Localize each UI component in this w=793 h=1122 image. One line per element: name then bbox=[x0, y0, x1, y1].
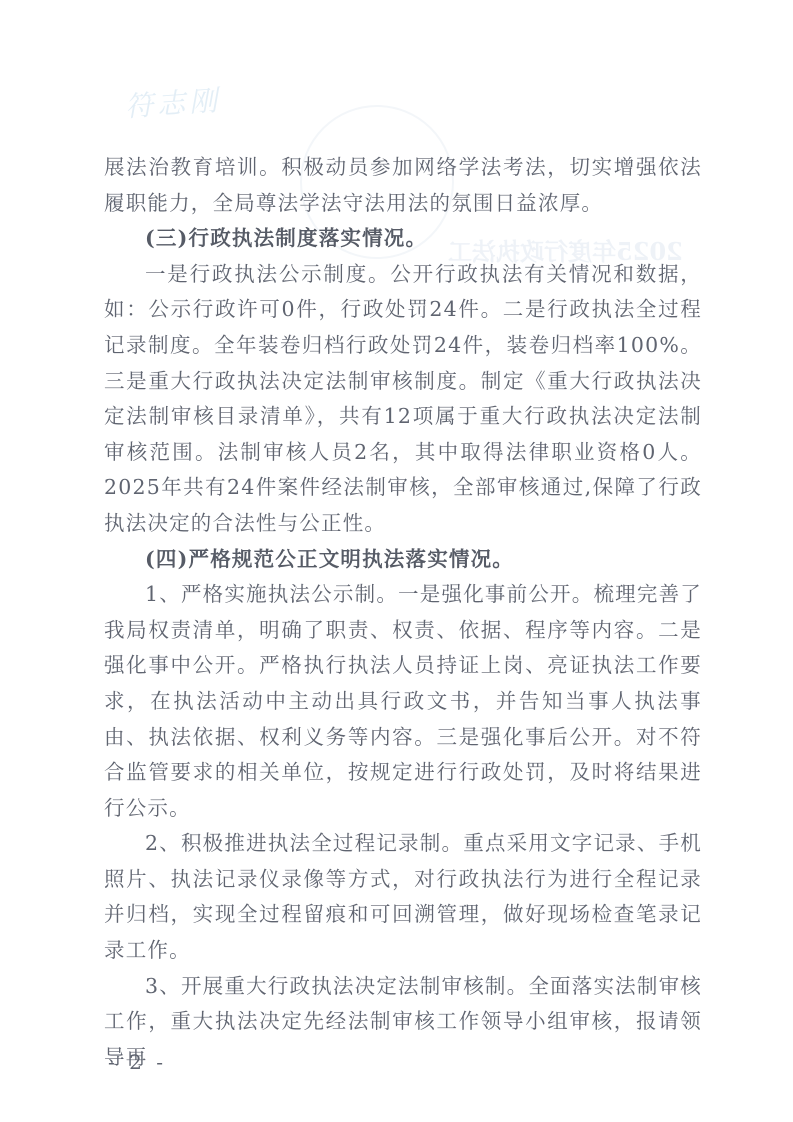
paragraph-item-2: 2、积极推进执法全过程记录制。重点采用文字记录、手机照片、执法记录仪录像等方式，… bbox=[104, 826, 702, 968]
paragraph-item-1: 1、严格实施执法公示制。一是强化事前公开。梳理完善了我局权责清单，明确了职责、权… bbox=[104, 577, 702, 826]
handwritten-signature: 符志刚 bbox=[124, 79, 223, 126]
page-number: - 2 - bbox=[108, 1050, 167, 1074]
paragraph-item-3: 3、开展重大行政执法决定法制审核制。全面落实法制审核工作，重大执法决定先经法制审… bbox=[104, 969, 702, 1076]
section-heading-4: (四)严格规范公正文明执法落实情况。 bbox=[104, 542, 702, 578]
paragraph-continuation: 展法治教育培训。积极动员参加网络学法考法，切实增强依法履职能力，全局尊法学法守法… bbox=[104, 150, 702, 221]
section-heading-3: (三)行政执法制度落实情况。 bbox=[104, 221, 702, 257]
document-page: 符志刚 2025年度行政执法工 展法治教育培训。积极动员参加网络学法考法，切实增… bbox=[0, 0, 793, 1122]
document-body: 展法治教育培训。积极动员参加网络学法考法，切实增强依法履职能力，全局尊法学法守法… bbox=[104, 150, 702, 1075]
paragraph-enforcement-systems: 一是行政执法公示制度。公开行政执法有关情况和数据，如：公示行政许可0件，行政处罚… bbox=[104, 257, 702, 542]
